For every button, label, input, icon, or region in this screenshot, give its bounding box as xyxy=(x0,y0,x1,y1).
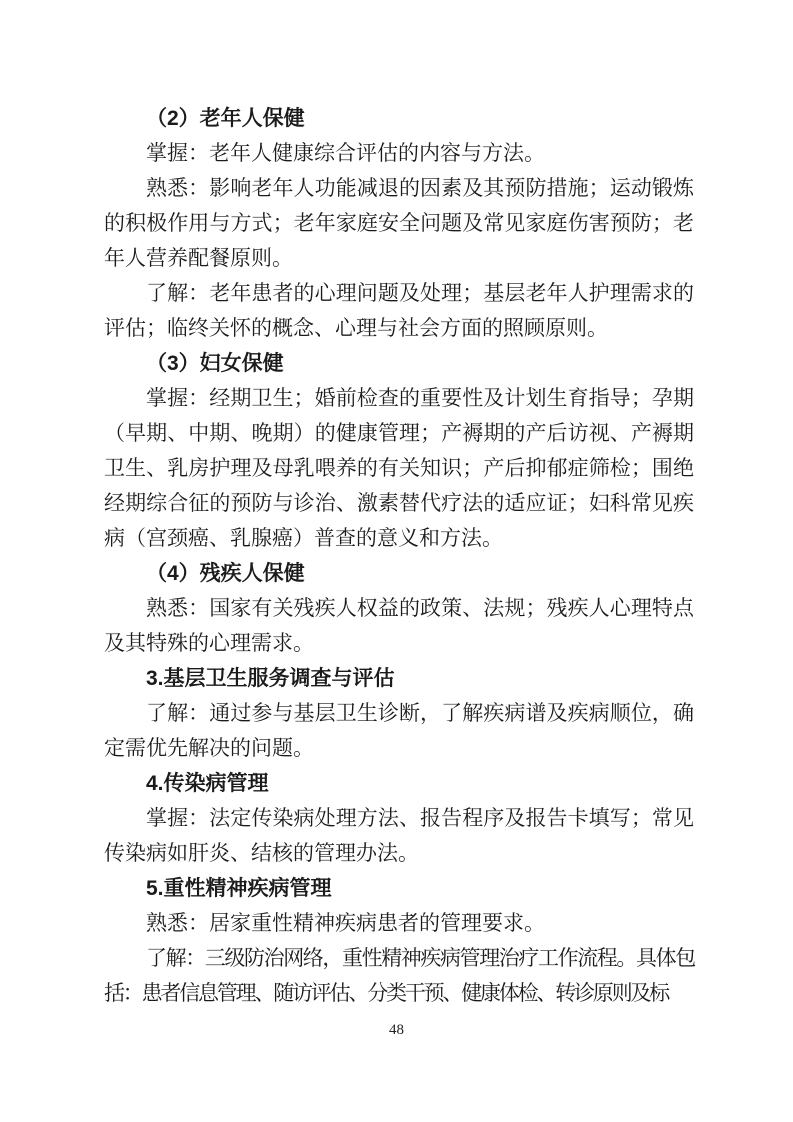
para-elderly-familiar: 熟悉：影响老年人功能减退的因素及其预防措施；运动锻炼的积极作用与方式；老年家庭安… xyxy=(104,171,694,276)
heading-elderly-care: （2）老年人保健 xyxy=(104,101,694,136)
page-number: 48 xyxy=(0,1022,793,1039)
text-content: （2）老年人保健 掌握：老年人健康综合评估的内容与方法。 熟悉：影响老年人功能减… xyxy=(104,101,694,1011)
para-elderly-master: 掌握：老年人健康综合评估的内容与方法。 xyxy=(104,136,694,171)
para-disabled-familiar: 熟悉：国家有关残疾人权益的政策、法规；残疾人心理特点及其特殊的心理需求。 xyxy=(104,591,694,661)
document-page: （2）老年人保健 掌握：老年人健康综合评估的内容与方法。 熟悉：影响老年人功能减… xyxy=(0,0,793,1122)
heading-infectious-disease: 4.传染病管理 xyxy=(104,766,694,801)
para-elderly-understand: 了解：老年患者的心理问题及处理；基层老年人护理需求的评估；临终关怀的概念、心理与… xyxy=(104,276,694,346)
heading-disabled-care: （4）残疾人保健 xyxy=(104,556,694,591)
para-mental-familiar: 熟悉：居家重性精神疾病患者的管理要求。 xyxy=(104,906,694,941)
para-infectious-master: 掌握：法定传染病处理方法、报告程序及报告卡填写；常见传染病如肝炎、结核的管理办法… xyxy=(104,801,694,871)
heading-severe-mental-illness: 5.重性精神疾病管理 xyxy=(104,871,694,906)
para-women-master: 掌握：经期卫生；婚前检查的重要性及计划生育指导；孕期（早期、中期、晚期）的健康管… xyxy=(104,381,694,556)
para-mental-understand: 了解：三级防治网络，重性精神疾病管理治疗工作流程。具体包括：患者信息管理、随访评… xyxy=(104,941,694,1011)
heading-women-care: （3）妇女保健 xyxy=(104,346,694,381)
para-survey-understand: 了解：通过参与基层卫生诊断，了解疾病谱及疾病顺位，确定需优先解决的问题。 xyxy=(104,696,694,766)
heading-primary-health-survey: 3.基层卫生服务调查与评估 xyxy=(104,661,694,696)
